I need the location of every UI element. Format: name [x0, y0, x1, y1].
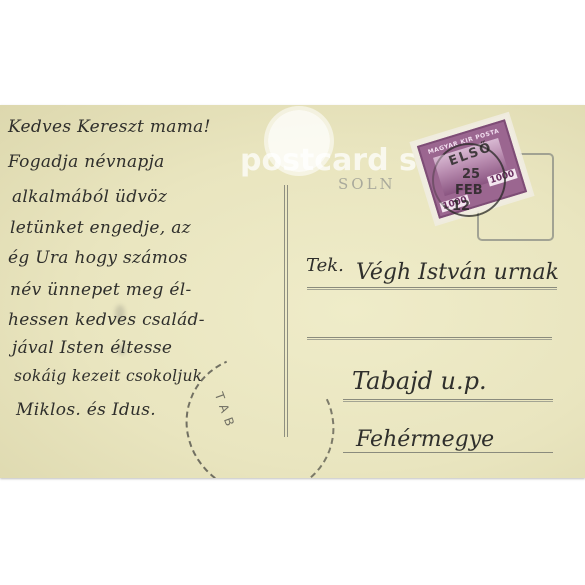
- address-line-4: [343, 452, 553, 453]
- message-line: jával Isten éltesse: [12, 338, 172, 358]
- message-line: letünket engedje, az: [10, 218, 191, 238]
- message-line: név ünnepet meg él-: [10, 280, 192, 300]
- postmark-day: 25: [462, 167, 480, 182]
- message-line: Fogadja névnapja: [8, 152, 165, 172]
- message-line: ég Ura hogy számos: [8, 248, 188, 268]
- address-line-2: [307, 337, 552, 340]
- message-line: sokáig kezeit csokoljuk: [14, 367, 202, 385]
- signature: Miklos. és Idus.: [16, 400, 156, 420]
- message-line: alkalmából üdvöz: [12, 187, 167, 207]
- postcard: postcard stock Kedves Kereszt mama! Foga…: [0, 105, 585, 478]
- address-town: Tabajd u.p.: [352, 367, 487, 395]
- message-line: Kedves Kereszt mama!: [8, 117, 211, 137]
- address-salutation: Tek.: [306, 255, 344, 276]
- address-line-1: [307, 287, 557, 290]
- arrival-postmark: [166, 334, 355, 478]
- address-county: Fehérmegye: [356, 427, 494, 452]
- cachet-text: SOLN: [338, 175, 396, 193]
- address-recipient: Végh István urnak: [356, 260, 559, 285]
- postmark-month: FEB: [455, 183, 483, 198]
- message-line: hessen kedves család-: [8, 310, 205, 330]
- postmark-year: 12: [452, 199, 470, 214]
- address-line-3: [343, 399, 553, 402]
